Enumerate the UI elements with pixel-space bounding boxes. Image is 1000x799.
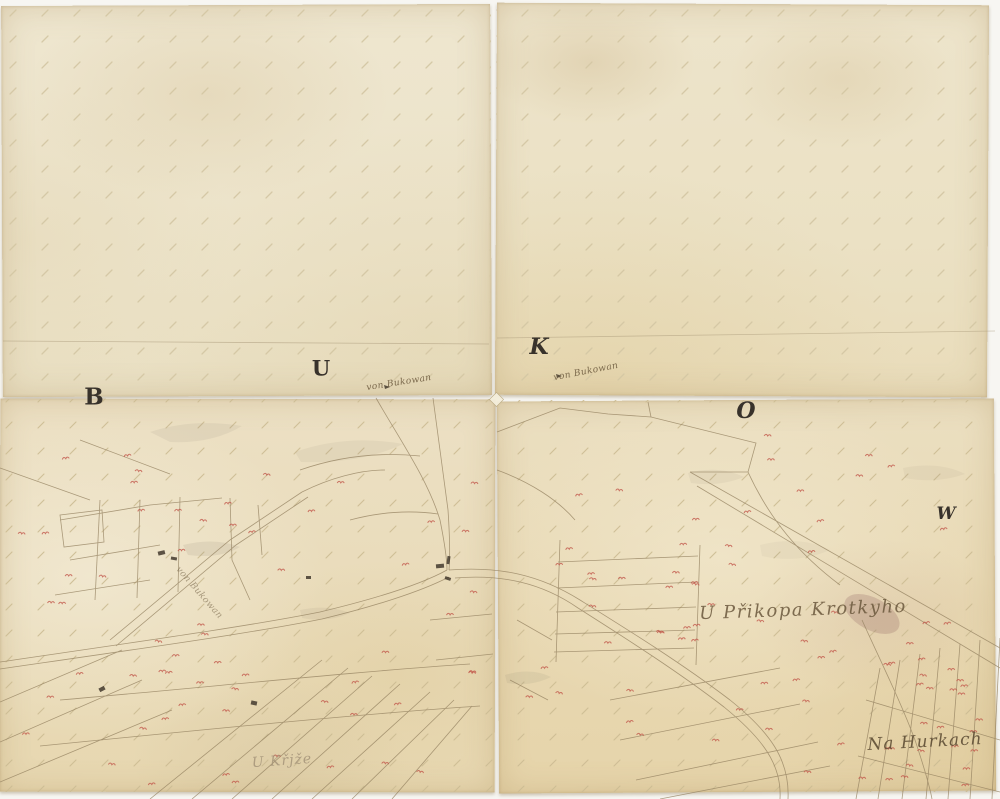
map-scan: B U K O W von Bukowan von Bukowan von Bu… xyxy=(0,0,1000,799)
sheet-top-right xyxy=(495,3,989,398)
sheet-top-left xyxy=(1,4,492,397)
sheet-bottom-right xyxy=(497,398,996,793)
sheet-bottom-left xyxy=(0,399,495,793)
